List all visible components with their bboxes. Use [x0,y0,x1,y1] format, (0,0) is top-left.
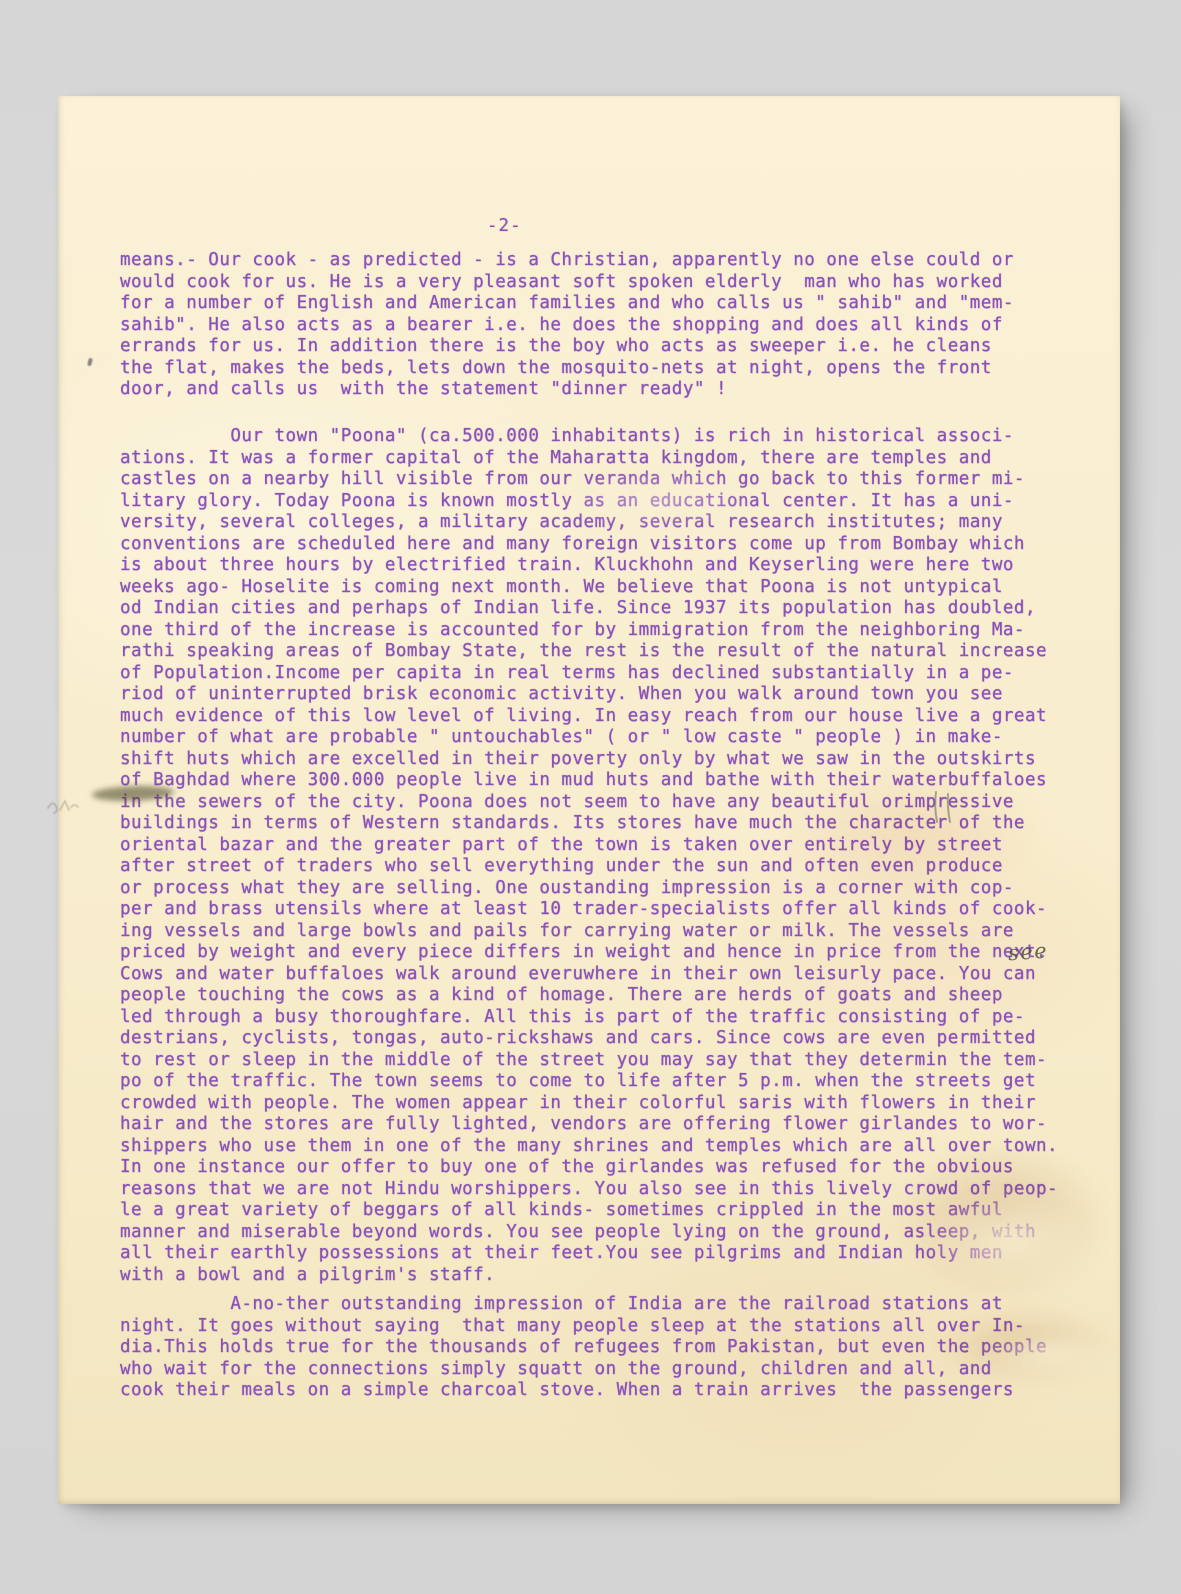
scanned-document: -2- means.- Our cook - as predicted - is… [0,0,1181,1594]
paragraph-railroad: A-no-ther outstanding impression of Indi… [120,1294,1047,1402]
pencil-scribble [44,790,106,818]
paragraph-cook: means.- Our cook - as predicted - is a C… [120,250,1014,401]
insertion-mark [926,790,960,824]
page-number: -2- [487,216,522,236]
paragraph-poona: Our town "Poona" (ca.500.000 inhabitants… [120,426,1058,1286]
handwritten-margin-note: see [1007,939,1049,966]
